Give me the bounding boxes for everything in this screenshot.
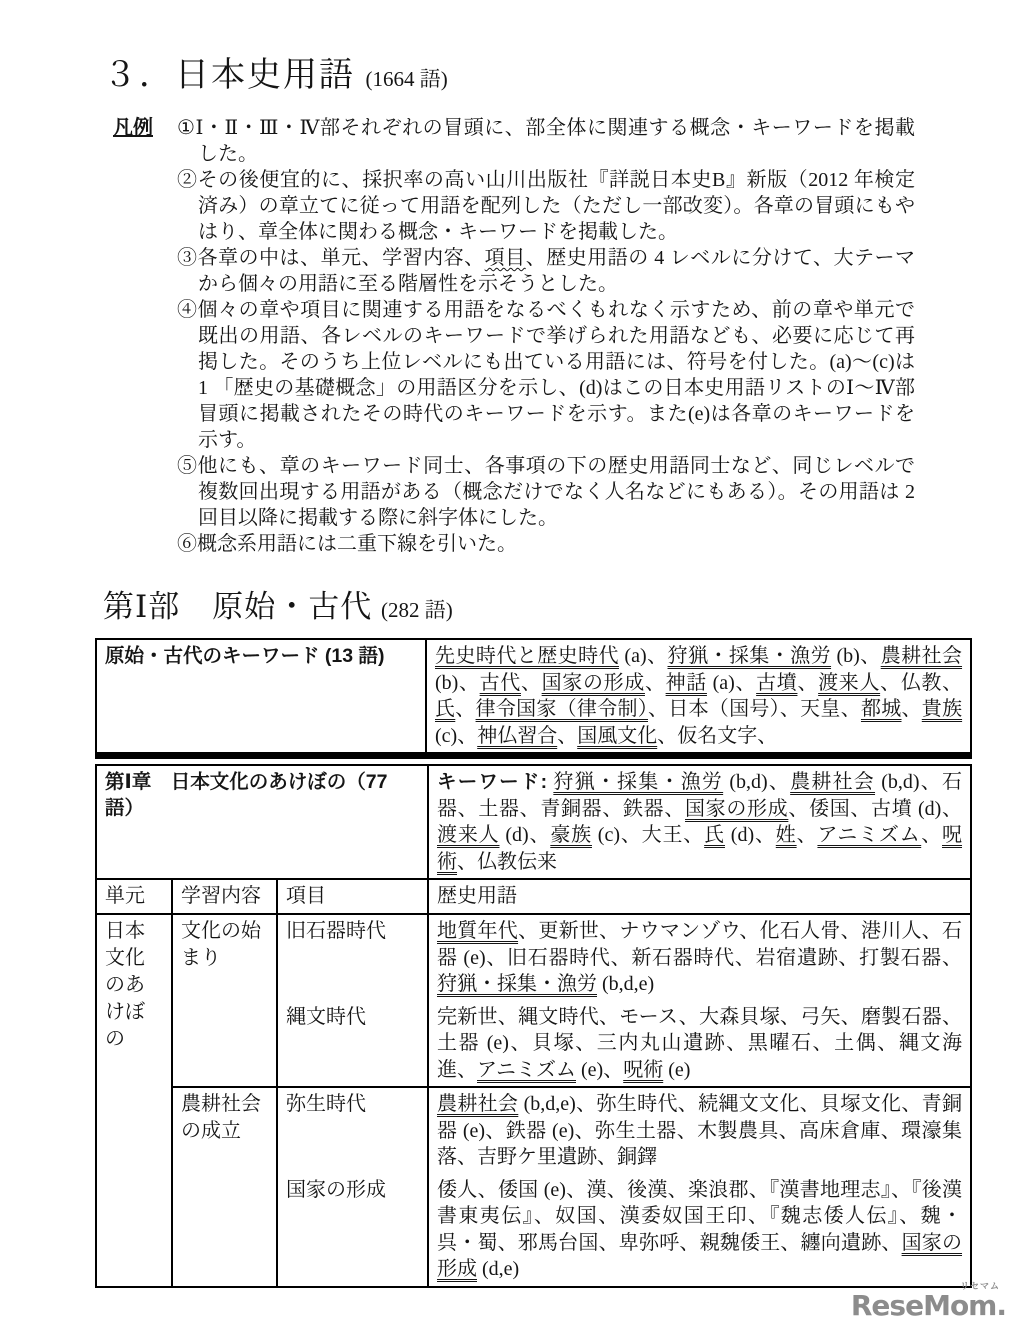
terms-state-formation: 倭人、倭国 (e)、漢、後漢、楽浪郡、『漢書地理志』、『後漢書東夷伝』、奴国、漢… — [429, 1174, 970, 1286]
legend-item-5: ⑤他にも、章のキーワード同士、各事項の下の歴史用語同士など、同じレベルで複数回出… — [177, 453, 915, 531]
table-row-agrarian-society: 農耕社会の成立 弥生時代 農耕社会 (b,d,e)、弥生時代、続縄文文化、貝塚文… — [96, 1087, 971, 1287]
page-title: ３．日本史用語 (1664 語) — [103, 54, 1018, 101]
legend-item-1: ①Ⅰ・Ⅱ・Ⅲ・Ⅳ部それぞれの冒頭に、部全体に関連する概念・キーワードを掲載した。 — [177, 115, 915, 167]
legend-item-6: ⑥概念系用語には二重下線を引いた。 — [177, 531, 915, 557]
legend-item-2: ②その後便宜的に、採択率の高い山川出版社『詳説日本史B』新版（2012 年検定済… — [177, 167, 915, 245]
table-header-unit: 単元 — [96, 879, 172, 914]
table-header-content: 学習内容 — [172, 879, 277, 914]
part-keywords-label: 原始・古代のキーワード (13 語) — [96, 639, 426, 756]
legend-items: ①Ⅰ・Ⅱ・Ⅲ・Ⅳ部それぞれの冒頭に、部全体に関連する概念・キーワードを掲載した。… — [177, 115, 915, 557]
content-cell-1: 文化の始まり — [172, 914, 277, 1087]
table-row-culture-start: 日本文化のあけぼの 文化の始まり 旧石器時代 地質年代、更新世、ナウマンゾウ、化… — [96, 914, 971, 1087]
part-keywords-table: 原始・古代のキーワード (13 語) 先史時代と歴史時代 (a)、狩猟・採集・漁… — [95, 638, 972, 759]
part-word-count: (282 語) — [381, 598, 453, 622]
resemom-logo: リセマム ReseMom. — [851, 1283, 1006, 1321]
legend-label: 凡例 — [113, 115, 153, 557]
chapter-title-cell: 第Ⅰ章 日本文化のあけぼの（77 語） — [96, 765, 428, 879]
legend-item-4: ④個々の章や項目に関連する用語をなるべくもれなく示すため、前の章や単元で既出の用… — [177, 297, 915, 453]
terms-yayoi: 農耕社会 (b,d,e)、弥生時代、続縄文文化、貝塚文化、青銅器 (e)、鉄器 … — [429, 1088, 970, 1174]
item-label-jomon: 縄文時代 — [278, 1001, 429, 1087]
content-cell-2: 農耕社会の成立 — [172, 1087, 277, 1287]
chapter-table: 第Ⅰ章 日本文化のあけぼの（77 語） キーワード: 狩猟・採集・漁労 (b,d… — [95, 764, 972, 1288]
document-page: ３．日本史用語 (1664 語) 凡例 ①Ⅰ・Ⅱ・Ⅲ・Ⅳ部それぞれの冒頭に、部全… — [0, 54, 1018, 1288]
table-header-item: 項目 — [277, 879, 428, 914]
group-grid-2: 弥生時代 農耕社会 (b,d,e)、弥生時代、続縄文文化、貝塚文化、青銅器 (e… — [278, 1088, 970, 1286]
group-cell-1: 旧石器時代 地質年代、更新世、ナウマンゾウ、化石人骨、港川人、石器 (e)、旧石… — [277, 914, 971, 1087]
title-word-count: (1664 語) — [366, 67, 448, 91]
item-label-yayoi: 弥生時代 — [278, 1088, 429, 1174]
title-number: ３． — [103, 57, 175, 94]
legend-section: 凡例 ①Ⅰ・Ⅱ・Ⅲ・Ⅳ部それぞれの冒頭に、部全体に関連する概念・キーワードを掲載… — [113, 115, 1018, 557]
part-keywords-terms: 先史時代と歴史時代 (a)、狩猟・採集・漁労 (b)、農耕社会 (b)、古代、国… — [426, 639, 971, 756]
unit-cell: 日本文化のあけぼの — [96, 914, 172, 1287]
chapter-title-row: 第Ⅰ章 日本文化のあけぼの（77 語） キーワード: 狩猟・採集・漁労 (b,d… — [96, 765, 971, 879]
table-header-row: 単元 学習内容 項目 歴史用語 — [96, 879, 971, 914]
chapter-keywords-cell: キーワード: 狩猟・採集・漁労 (b,d)、農耕社会 (b,d)、石器、土器、青… — [428, 765, 971, 879]
table-header-terms: 歴史用語 — [428, 879, 971, 914]
terms-jomon: 完新世、縄文時代、モース、大森貝塚、弓矢、磨製石器、土器 (e)、貝塚、三内丸山… — [429, 1001, 970, 1087]
group-cell-2: 弥生時代 農耕社会 (b,d,e)、弥生時代、続縄文文化、貝塚文化、青銅器 (e… — [277, 1087, 971, 1287]
group-grid-1: 旧石器時代 地質年代、更新世、ナウマンゾウ、化石人骨、港川人、石器 (e)、旧石… — [278, 915, 970, 1086]
item-label-paleolithic: 旧石器時代 — [278, 915, 429, 1001]
item-label-state-formation: 国家の形成 — [278, 1174, 429, 1286]
part-keywords-row: 原始・古代のキーワード (13 語) 先史時代と歴史時代 (a)、狩猟・採集・漁… — [96, 639, 971, 756]
logo-text: ReseMom. — [851, 1289, 1006, 1322]
part-title: 第Ⅰ部 原始・古代 (282 語) — [103, 587, 1018, 630]
part-title-text: 第Ⅰ部 原始・古代 — [103, 589, 372, 624]
keyword-label: キーワード: — [437, 771, 547, 793]
legend-item-3: ③各章の中は、単元、学習内容、項目、歴史用語の 4 レベルに分けて、大テーマから… — [177, 245, 915, 297]
terms-paleolithic: 地質年代、更新世、ナウマンゾウ、化石人骨、港川人、石器 (e)、旧石器時代、新石… — [429, 915, 970, 1001]
title-text: 日本史用語 — [175, 57, 355, 94]
